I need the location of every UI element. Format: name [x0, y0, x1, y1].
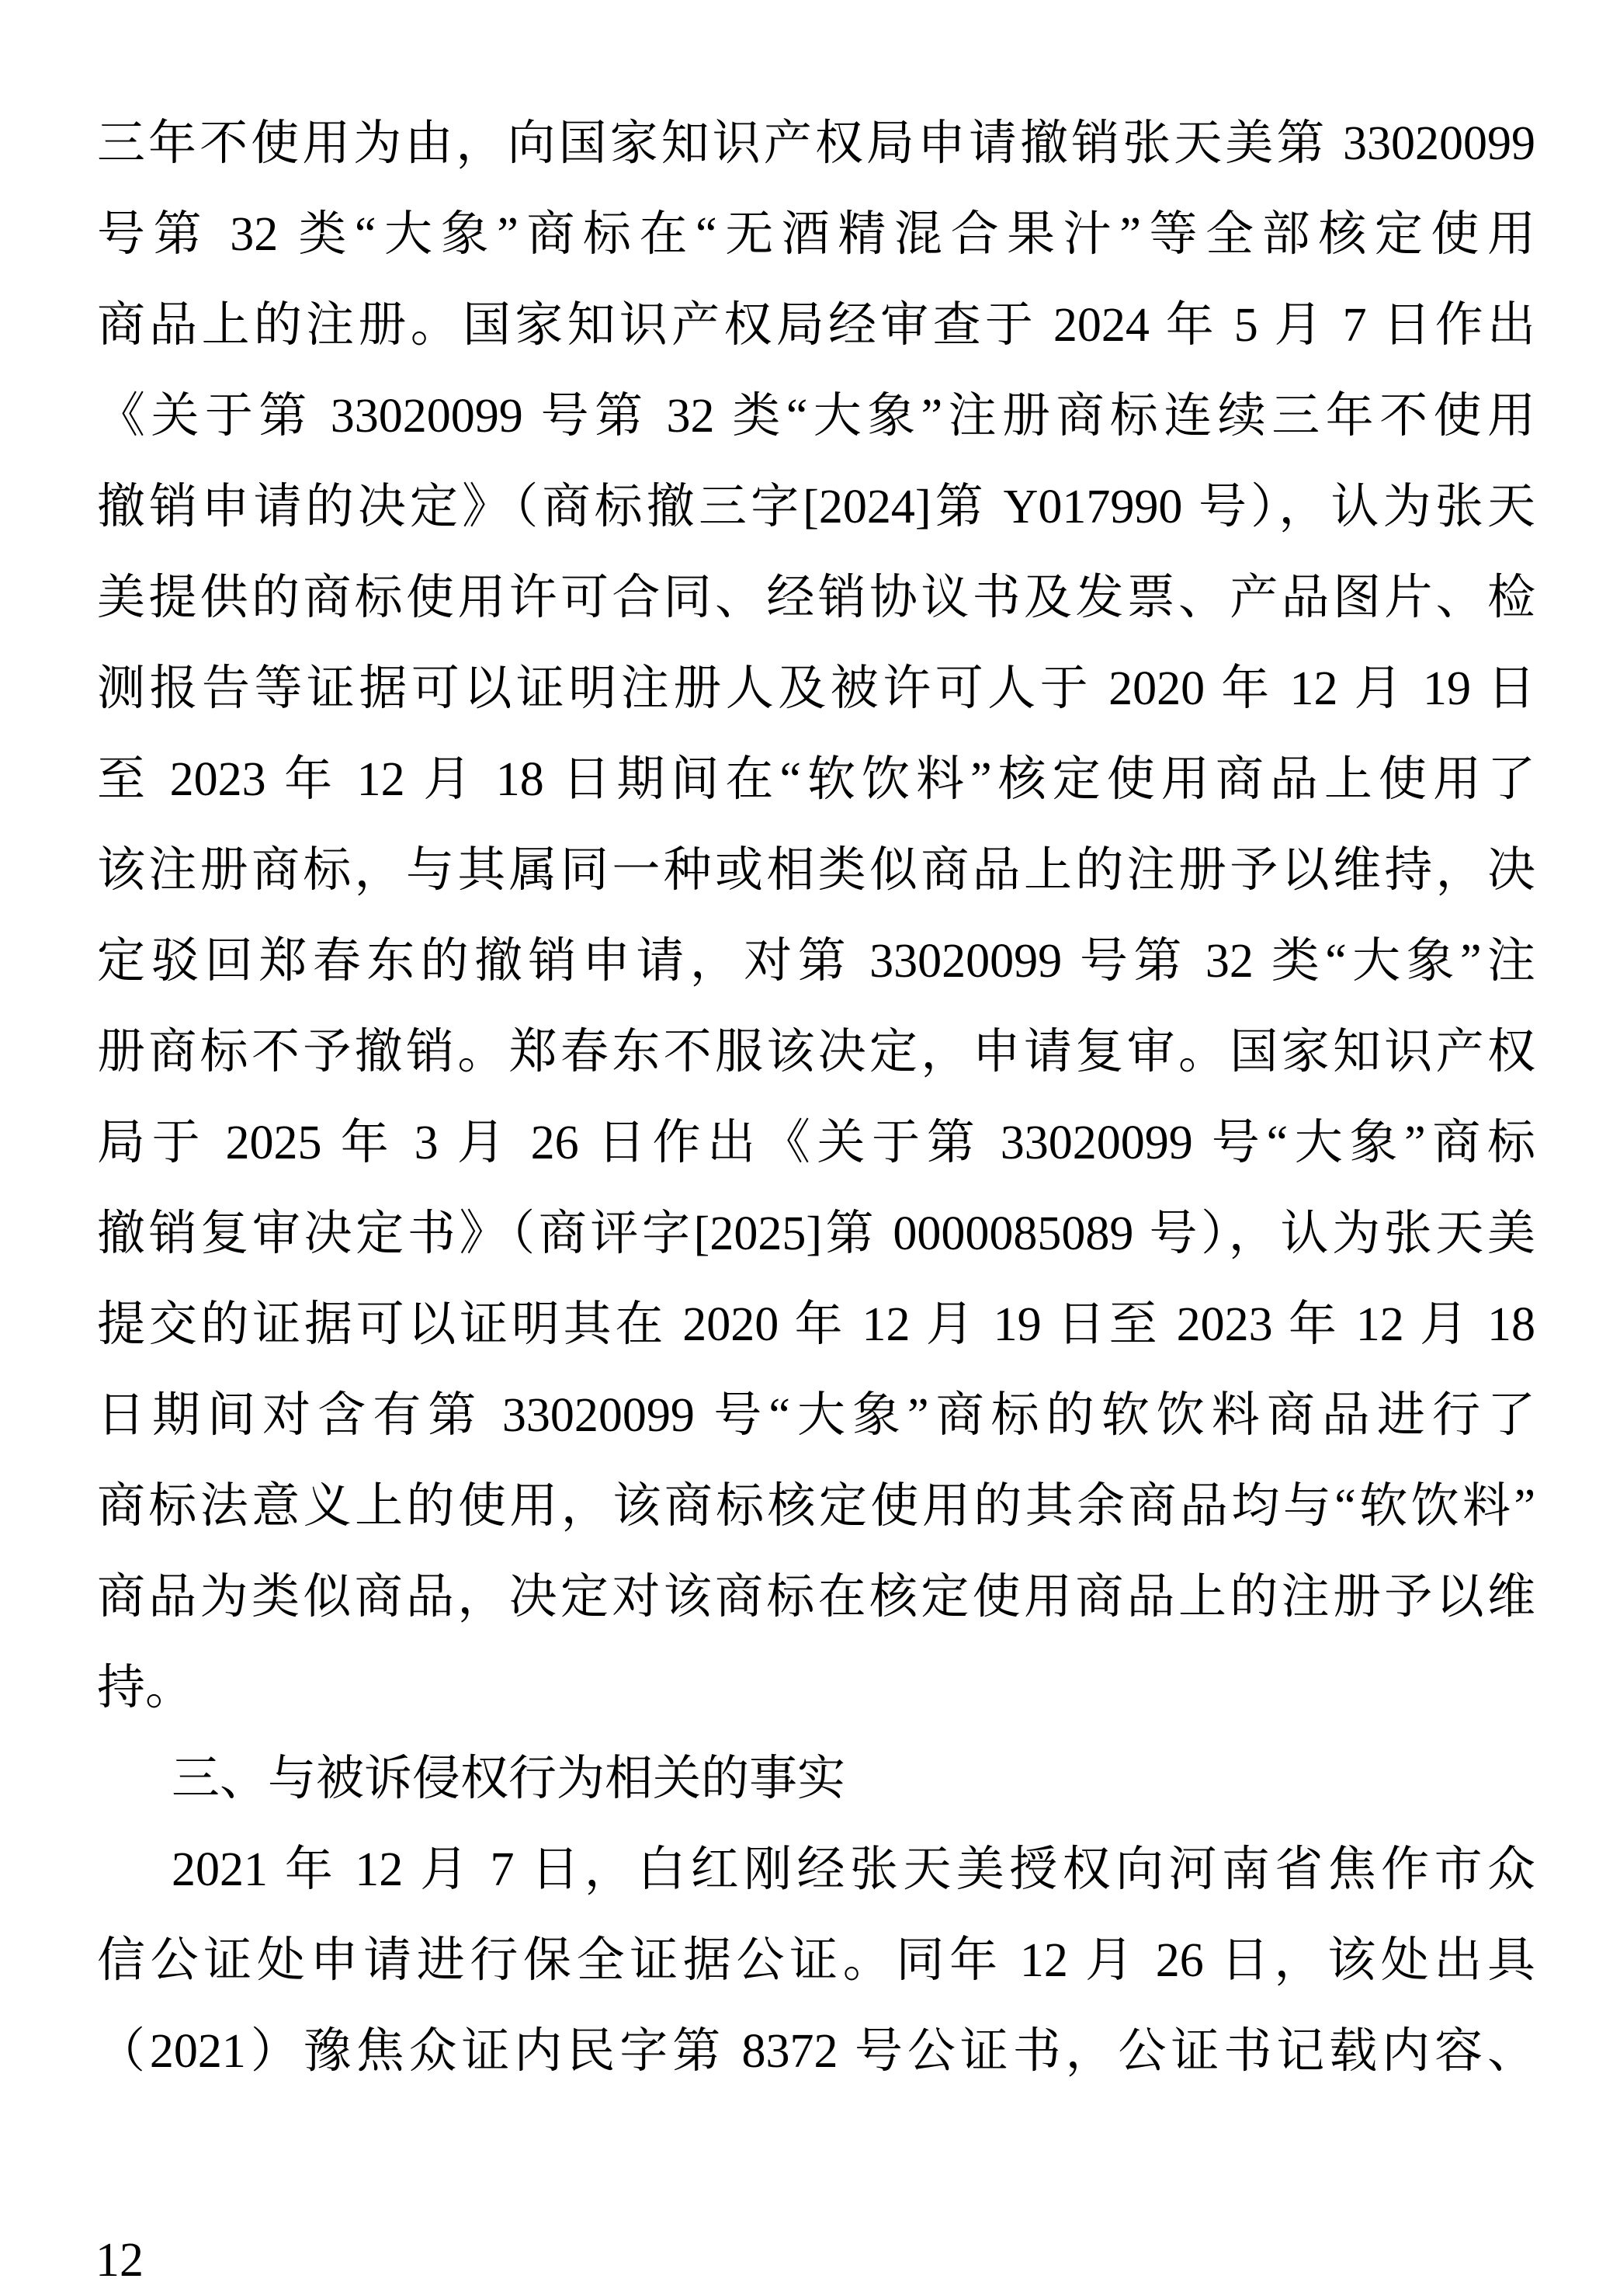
- text-line: 商品上的注册。国家知识产权局经审查于 2024 年 5 月 7 日作出: [97, 280, 1535, 371]
- paragraph-first-line: 2021 年 12 月 7 日，白红刚经张天美授权向河南省焦作市众: [97, 1825, 1535, 1916]
- text-line: 定驳回郑春东的撤销申请，对第 33020099 号第 32 类“大象”注: [97, 916, 1535, 1007]
- text-line: （2021）豫焦众证内民字第 8372 号公证书，公证书记载内容、: [97, 2006, 1535, 2097]
- text-line: 撤销申请的决定》（商标撤三字[2024]第 Y017990 号），认为张天: [97, 462, 1535, 553]
- text-line: 商标法意义上的使用，该商标核定使用的其余商品均与“软饮料”: [97, 1461, 1535, 1552]
- text-line: 局于 2025 年 3 月 26 日作出《关于第 33020099 号“大象”商…: [97, 1098, 1535, 1189]
- section-heading: 三、与被诉侵权行为相关的事实: [97, 1734, 1535, 1825]
- document-body: 三年不使用为由，向国家知识产权局申请撤销张天美第 33020099 号第 32 …: [97, 99, 1535, 2097]
- document-page: 三年不使用为由，向国家知识产权局申请撤销张天美第 33020099 号第 32 …: [0, 0, 1620, 2296]
- text-line: 号第 32 类“大象”商标在“无酒精混合果汁”等全部核定使用: [97, 189, 1535, 280]
- text-line: 至 2023 年 12 月 18 日期间在“软饮料”核定使用商品上使用了: [97, 735, 1535, 825]
- text-line: 三年不使用为由，向国家知识产权局申请撤销张天美第 33020099: [97, 99, 1535, 189]
- text-line: 该注册商标，与其属同一种或相类似商品上的注册予以维持，决: [97, 825, 1535, 916]
- text-line: 商品为类似商品，决定对该商标在核定使用商品上的注册予以维: [97, 1552, 1535, 1643]
- text-line: 册商标不予撤销。郑春东不服该决定，申请复审。国家知识产权: [97, 1007, 1535, 1098]
- page-number: 12: [95, 2236, 144, 2284]
- text-line: 美提供的商标使用许可合同、经销协议书及发票、产品图片、检: [97, 553, 1535, 644]
- text-line: 信公证处申请进行保全证据公证。同年 12 月 26 日，该处出具: [97, 1916, 1535, 2006]
- paragraph-end-line: 持。: [97, 1643, 1535, 1734]
- text-line: 测报告等证据可以证明注册人及被许可人于 2020 年 12 月 19 日: [97, 644, 1535, 735]
- text-line: 撤销复审决定书》（商评字[2025]第 0000085089 号），认为张天美: [97, 1189, 1535, 1280]
- text-line: 日期间对含有第 33020099 号“大象”商标的软饮料商品进行了: [97, 1370, 1535, 1461]
- text-line: 提交的证据可以证明其在 2020 年 12 月 19 日至 2023 年 12 …: [97, 1280, 1535, 1370]
- text-line: 《关于第 33020099 号第 32 类“大象”注册商标连续三年不使用: [97, 371, 1535, 462]
